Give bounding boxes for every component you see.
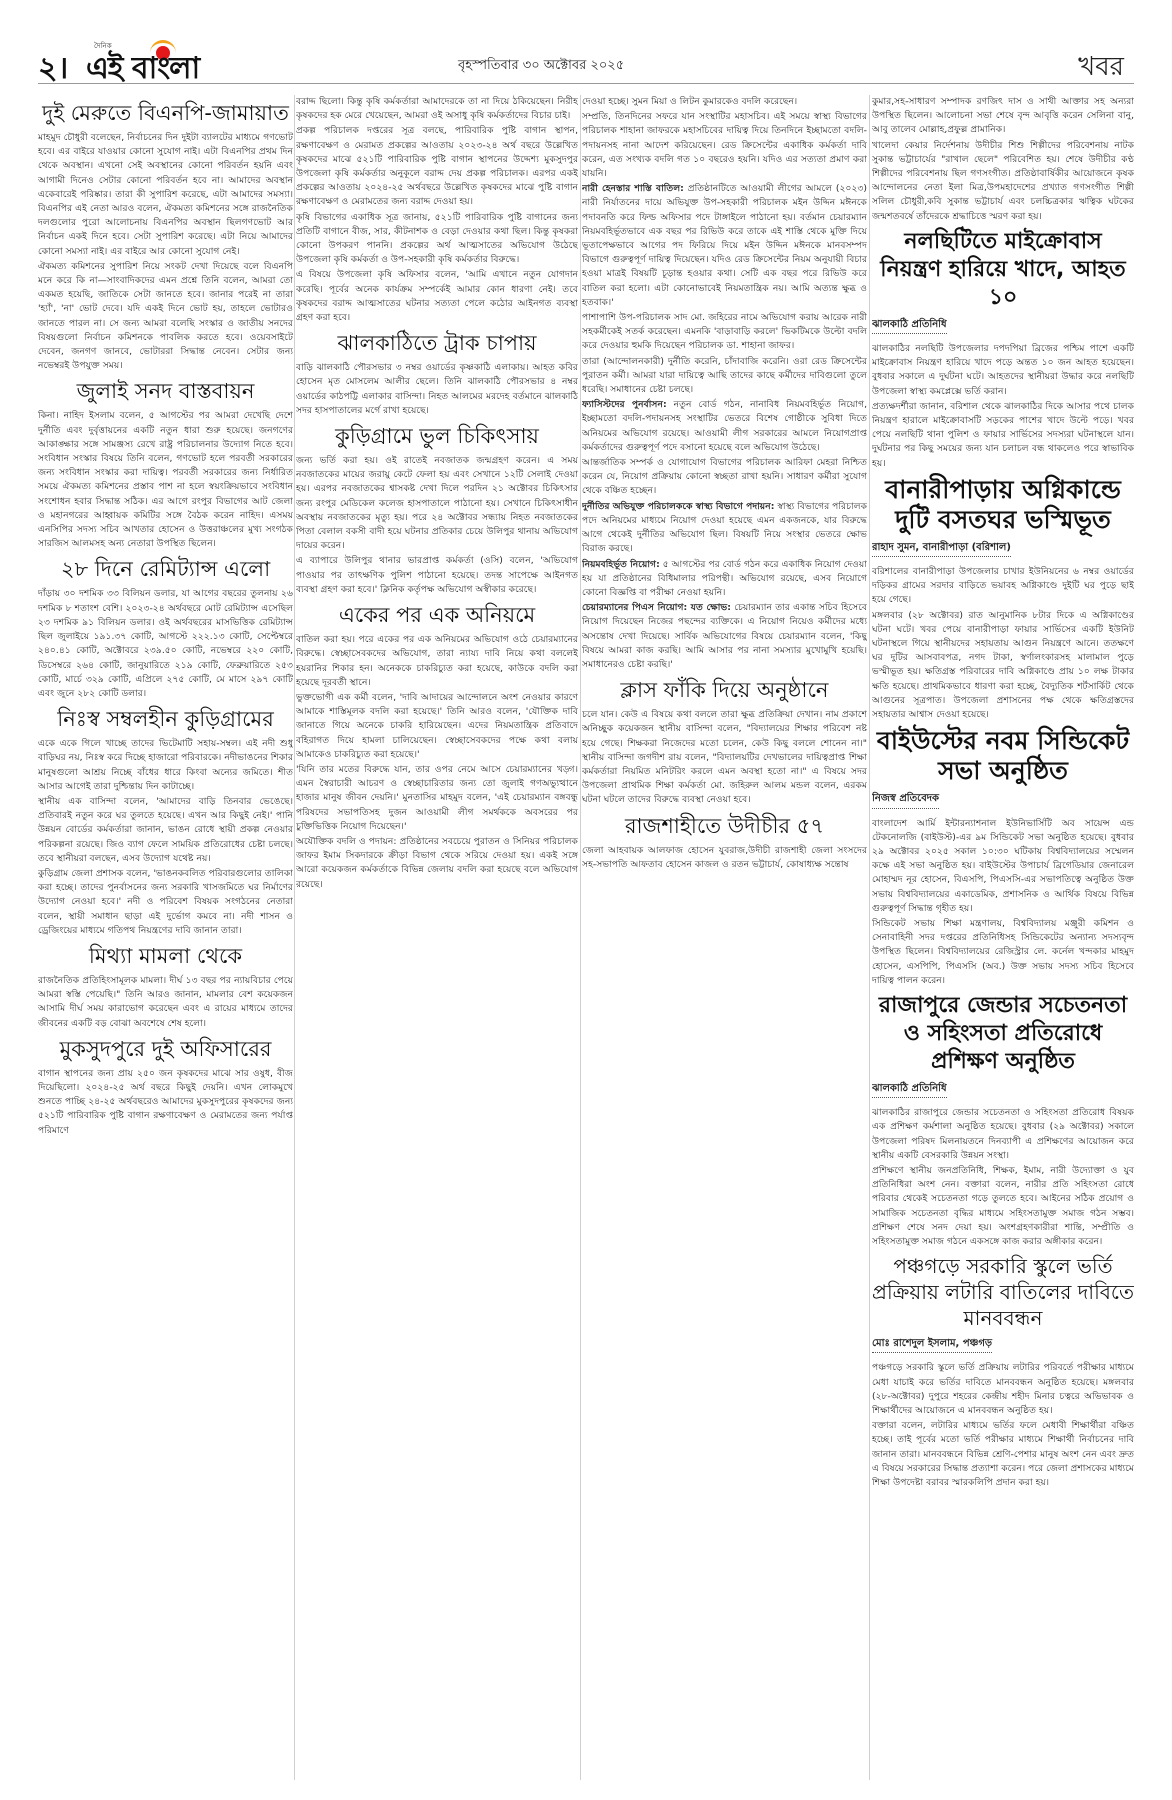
- article: রাজাপুরে জেন্ডার সচেতনতা ও সহিংসতা প্রতি…: [872, 992, 1134, 1249]
- article-paragraph: মঙ্গলবার (২৮ অক্টোবর) রাত আনুমানিক ৮টার …: [872, 609, 1134, 723]
- article-paragraph: বক্তারা বলেন, লটারির মাধ্যমে ভর্তির ফলে …: [872, 1419, 1134, 1490]
- article-headline: ঝালকাঠিতে ট্রাক চাপায়: [296, 329, 578, 357]
- article-headline: একের পর এক অনিয়মে: [296, 601, 578, 629]
- article-paragraph: আন্তর্জাতিক সম্পর্ক ও যোগাযোগ বিভাগের পর…: [582, 456, 867, 499]
- article-headline: বাইউস্টের নবম সিন্ডিকেট সভা অনুষ্ঠিত: [872, 726, 1134, 786]
- article-continuation: কুমার,সহ-সাধারণ সম্পাদক রণজিৎ দাস ও সাথী…: [872, 95, 1134, 224]
- article-paragraph: অযৌক্তিক বদলি ও পদায়ন: প্রতিষ্ঠানের সবচ…: [296, 835, 578, 892]
- article-paragraph: বরিশালের বানারীপাড়া উপজেলার চাখার ইউনিয…: [872, 565, 1134, 608]
- article-headline: রাজাপুরে জেন্ডার সচেতনতা ও সহিংসতা প্রতি…: [872, 992, 1134, 1076]
- column-divider: [580, 95, 581, 1780]
- article-subsection: দুর্নীতির অভিযুক্ত পরিচালককে স্বাস্থ্য ব…: [582, 500, 867, 557]
- article-headline: মুকসুদপুরে দুই অফিসারের: [38, 1035, 293, 1063]
- article-paragraph: ভুক্তভোগী এক কর্মী বলেন, 'দাবি আদায়ের আ…: [296, 691, 578, 762]
- subsection-lead: চেয়ারম্যানের পিএস নিয়োগ: যত ক্ষোভ:: [582, 602, 731, 613]
- article: নলছিটিতে মাইক্রোবাস নিয়ন্ত্রণ হারিয়ে খ…: [872, 228, 1134, 471]
- article-paragraph: ঐকমত্য কমিশনের সুপারিশ নিয়ে সংকট দেখা দ…: [38, 260, 293, 374]
- article-paragraph: সিন্ডিকেট সভায় শিক্ষা মন্ত্রণালয়, বিশ্…: [872, 917, 1134, 988]
- article-headline: কুড়িগ্রামে ভুল চিকিৎসায়: [296, 422, 578, 450]
- article-subsection: নারী হেনস্তার শাস্তি বাতিল: প্রতিষ্ঠানটি…: [582, 182, 867, 397]
- article: বাইউস্টের নবম সিন্ডিকেট সভা অনুষ্ঠিত নিজ…: [872, 726, 1134, 988]
- article-paragraph: প্রতিষ্ঠানটিতে আওয়ামী লীগের আমলে (২০২৩)…: [582, 183, 867, 308]
- article: জুলাই সনদ বাস্তবায়ন কিনা। নাহিদ ইসলাম ব…: [38, 377, 293, 551]
- page-number: ২।: [38, 44, 68, 95]
- article-subsection: চেয়ারম্যানের পিএস নিয়োগ: যত ক্ষোভ: চেয…: [582, 601, 867, 672]
- article-paragraph: খালেদা কেয়ার নির্দেশনায় উদীচীর শিশু শি…: [872, 139, 1134, 224]
- article-headline: বানারীপাড়ায় অগ্নিকান্ডে দুটি বসতঘর ভস্…: [872, 475, 1134, 535]
- article-byline: ঝালকাঠি প্রতিনিধি: [872, 1082, 947, 1098]
- article-paragraph: বাংলাদেশ আর্মি ইন্টারন্যাশনাল ইউনিভার্সি…: [872, 817, 1134, 916]
- article-paragraph: মাহমুদ চৌধুরী বলেছেন, নির্বাচনের দিন দুই…: [38, 131, 293, 259]
- article-paragraph: দাঁড়ায় ৩০ দশমিক ৩৩ বিলিয়ন ডলার, যা আগ…: [38, 587, 293, 701]
- article: মিথ্যা মামলা থেকে রাজনৈতিক প্রতিহিংসামূল…: [38, 942, 293, 1031]
- article-headline: জুলাই সনদ বাস্তবায়ন: [38, 377, 293, 405]
- subsection-lead: নিয়মবহির্ভূত নিয়োগ:: [582, 559, 660, 570]
- article-headline: মিথ্যা মামলা থেকে: [38, 942, 293, 970]
- article-paragraph: বরাদ্দ ছিলো। কিন্তু কৃষি কর্মকর্তারা আমা…: [296, 95, 578, 123]
- article-headline: পঞ্চগড়ে সরকারি স্কুলে ভর্তি প্রক্রিয়ায…: [872, 1253, 1134, 1331]
- article-byline: নিজস্ব প্রতিবেদক: [872, 792, 939, 808]
- article-headline: ২৮ দিনে রেমিট্যান্স এলো: [38, 555, 293, 583]
- article-paragraph: জন্য ভর্তি করা হয়। ওই রাতেই নবজাতক জন্ম…: [296, 454, 578, 553]
- article-paragraph: ঝালকাঠির রাজাপুরে জেন্ডার সচেতনতা ও সহিং…: [872, 1106, 1134, 1163]
- article-paragraph: তারা (আন্দোলনকারী) দুর্নীতি করেনি, চাঁদা…: [582, 355, 867, 398]
- article: মুকসুদপুরে দুই অফিসারের বাগান স্থাপনের জ…: [38, 1035, 293, 1138]
- article: পঞ্চগড়ে সরকারি স্কুলে ভর্তি প্রক্রিয়ায…: [872, 1253, 1134, 1490]
- article-paragraph: এ ব্যাপারে উলিপুর থানার ভারপ্রাপ্ত কর্মক…: [296, 554, 578, 597]
- article-paragraph: কৃষি বিভাগের একাধিক সূত্র জানায়, ৫২১টি …: [296, 211, 578, 268]
- article-headline: নলছিটিতে মাইক্রোবাস নিয়ন্ত্রণ হারিয়ে খ…: [872, 228, 1134, 312]
- article-continuation: বরাদ্দ ছিলো। কিন্তু কৃষি কর্মকর্তারা আমা…: [296, 95, 578, 325]
- article-paragraph: এ বিষয়ে উপজেলা কৃষি অফিসার বলেন, 'আমি এ…: [296, 268, 578, 325]
- article: রাজশাহীতে উদীচীর ৫৭ জেলা আহবায়ক আলফাজ হ…: [582, 812, 867, 872]
- article-paragraph: বাতিল করা হয়। পরে একের পর এক অনিয়মের অ…: [296, 633, 578, 690]
- article-paragraph: জেলা আহবায়ক আলফাজ হোসেন যুবরাজ,উদীচী রা…: [582, 844, 867, 872]
- column-1: দুই মেরুতে বিএনপি-জামায়াত মাহমুদ চৌধুরী…: [38, 95, 293, 1800]
- article-paragraph: চলে যান। কেউ এ বিষয়ে কথা বললে তারা ক্ষু…: [582, 708, 867, 807]
- column-4: কুমার,সহ-সাধারণ সম্পাদক রণজিৎ দাস ও সাথী…: [872, 95, 1134, 1800]
- newspaper-logo: দৈনিক এই বাংলা: [86, 40, 216, 82]
- article-paragraph: পঞ্চগড়ে সরকারি স্কুলে ভর্তি প্রক্রিয়ায…: [872, 1361, 1134, 1418]
- column-3: দেওয়া হচ্ছে। সুমন মিয়া ও লিটন কুমারকেও…: [582, 95, 867, 1800]
- article-paragraph: ঝালকাঠির নলছিটি উপজেলার দপদপিয়া ব্রিজের…: [872, 342, 1134, 399]
- column-divider: [869, 95, 870, 1780]
- article: দুই মেরুতে বিএনপি-জামায়াত মাহমুদ চৌধুরী…: [38, 99, 293, 373]
- article-paragraph: 'যিনি তার মতের বিরুদ্ধে যান, তার ওপর নেম…: [296, 763, 578, 834]
- article-paragraph: সম্প্রতি, তিনদিনের সফরে যান সংস্থাটির মহ…: [582, 110, 867, 181]
- article-continuation: দেওয়া হচ্ছে। সুমন মিয়া ও লিটন কুমারকেও…: [582, 95, 867, 181]
- article-paragraph: কিনা। নাহিদ ইসলাম বলেন, ৫ আগস্টের পর আমর…: [38, 409, 293, 551]
- article-paragraph: বাগান স্থাপনের জন্য প্রায় ২৫০ জন কৃষকদে…: [38, 1067, 293, 1138]
- article-paragraph: স্থানীয় এক বাসিন্দা বলেন, 'আমাদের বাড়ি…: [38, 795, 293, 866]
- publication-date: বৃহস্পতিবার ৩০ অক্টোবর ২০২৫: [458, 56, 624, 77]
- article-paragraph: বাড়ি ঝালকাঠি পৌরসভার ৩ নম্বর ওয়ার্ডের …: [296, 361, 578, 418]
- article: ২৮ দিনে রেমিট্যান্স এলো দাঁড়ায় ৩০ দশমি…: [38, 555, 293, 701]
- article-paragraph: কুমার,সহ-সাধারণ সম্পাদক রণজিৎ দাস ও সাথী…: [872, 95, 1134, 138]
- article-headline: দুই মেরুতে বিএনপি-জামায়াত: [38, 99, 293, 127]
- article-byline: ঝালকাঠি প্রতিনিধি: [872, 318, 947, 334]
- article-headline: ক্লাস ফাঁকি দিয়ে অনুষ্ঠানে: [582, 676, 867, 704]
- subsection-lead: দুর্নীতির অভিযুক্ত পরিচালককে স্বাস্থ্য ব…: [582, 501, 774, 512]
- article-paragraph: প্রকল্প পরিচালক দপ্তরের সূত্র বলছে, পারি…: [296, 124, 578, 209]
- article-headline: নিঃস্ব সম্বলহীন কুড়িগ্রামের: [38, 705, 293, 733]
- article-byline: রাহাদ সুমন, বানারীপাড়া (বরিশাল): [872, 541, 1011, 557]
- article-paragraph: প্রত্যক্ষদর্শীরা জানান, বরিশাল থেকে ঝালক…: [872, 400, 1134, 471]
- article-paragraph: পাশাপাশি উপ-পরিচালক সাদ মো. জহিরের নামে …: [582, 311, 867, 354]
- article: নিঃস্ব সম্বলহীন কুড়িগ্রামের একে একে গিল…: [38, 705, 293, 938]
- article-subsection: ফ্যাসিস্টদের পুনর্বাসন: নতুন বোর্ড গঠন, …: [582, 398, 867, 498]
- article: বানারীপাড়ায় অগ্নিকান্ডে দুটি বসতঘর ভস্…: [872, 475, 1134, 722]
- article: ক্লাস ফাঁকি দিয়ে অনুষ্ঠানে চলে যান। কেউ…: [582, 676, 867, 807]
- article-paragraph: কুড়িগ্রাম জেলা প্রশাসক বলেন, 'ভাঙনকবলিত…: [38, 867, 293, 938]
- article: একের পর এক অনিয়মে বাতিল করা হয়। পরে এক…: [296, 601, 578, 892]
- article-paragraph: একে একে গিলে খাচ্ছে তাদের ভিটেমাটি সহায়…: [38, 737, 293, 794]
- section-label: খবর: [1078, 46, 1124, 90]
- subsection-lead: ফ্যাসিস্টদের পুনর্বাসন:: [582, 399, 667, 410]
- article: কুড়িগ্রামে ভুল চিকিৎসায় জন্য ভর্তি করা…: [296, 422, 578, 597]
- article-paragraph: প্রশিক্ষণে স্থানীয় জনপ্রতিনিধি, শিক্ষক,…: [872, 1164, 1134, 1249]
- article-paragraph: রাজনৈতিক প্রতিহিংসামূলক মামলা। দীর্ঘ ১৩ …: [38, 974, 293, 1031]
- column-2: বরাদ্দ ছিলো। কিন্তু কৃষি কর্মকর্তারা আমা…: [296, 95, 578, 1800]
- article: ঝালকাঠিতে ট্রাক চাপায় বাড়ি ঝালকাঠি পৌর…: [296, 329, 578, 418]
- article-subsection: নিয়মবহির্ভূত নিয়োগ: ৫ আগস্টের পর বোর্ড…: [582, 558, 867, 601]
- article-byline: মোঃ রাশেদুল ইসলাম, পঞ্চগড়: [872, 1337, 992, 1353]
- article-paragraph: দেওয়া হচ্ছে। সুমন মিয়া ও লিটন কুমারকেও…: [582, 95, 867, 109]
- subsection-lead: নারী হেনস্তার শাস্তি বাতিল:: [582, 183, 684, 194]
- column-divider: [294, 95, 295, 1780]
- logo-text: এই বাংলা: [86, 44, 199, 95]
- masthead: ২। দৈনিক এই বাংলা বৃহস্পতিবার ৩০ অক্টোবর…: [38, 40, 1134, 84]
- article-headline: রাজশাহীতে উদীচীর ৫৭: [582, 812, 867, 840]
